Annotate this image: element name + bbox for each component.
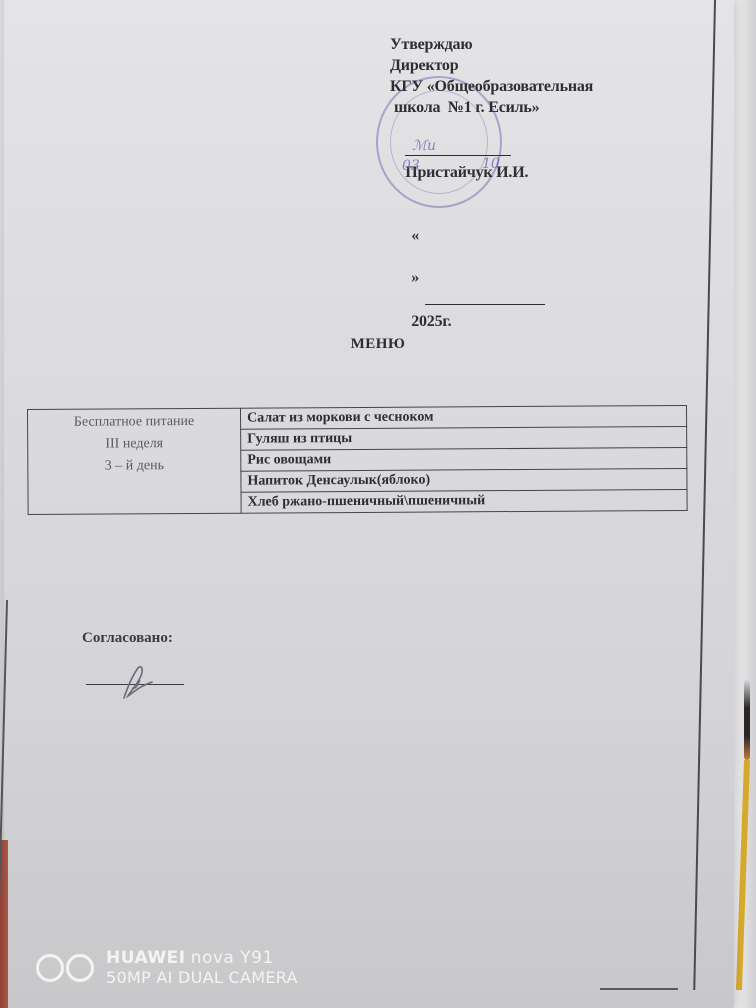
approval-signature-row: Пристайчук И.И. bbox=[390, 118, 593, 204]
approval-date-row: « » 2025г. bbox=[390, 204, 593, 353]
watermark-title: HUAWEI nova Y91 bbox=[106, 948, 298, 968]
watermark-subtitle: 50MP AI DUAL CAMERA bbox=[106, 968, 298, 988]
approval-organization: КГУ «Общеобразовательная bbox=[390, 76, 593, 97]
handwritten-signature-icon bbox=[118, 662, 158, 702]
watermark-brand: HUAWEI bbox=[106, 948, 186, 968]
menu-item: Салат из моркови с чесноком bbox=[240, 405, 686, 429]
approval-heading: Утверждаю bbox=[390, 34, 593, 55]
approval-block: Утверждаю Директор КГУ «Общеобразователь… bbox=[390, 34, 593, 353]
menu-day: 3 – й день bbox=[34, 455, 234, 478]
date-quote-close: » bbox=[411, 269, 419, 286]
date-month-blank bbox=[425, 288, 545, 305]
page-title: МЕНЮ bbox=[0, 336, 756, 353]
background-object-dark bbox=[744, 680, 750, 760]
menu-week: III неделя bbox=[34, 433, 234, 456]
signature-blank bbox=[405, 139, 511, 156]
watermark-model: nova Y91 bbox=[191, 948, 274, 968]
approval-year: 2025г. bbox=[411, 313, 451, 330]
camera-watermark: HUAWEI nova Y91 50MP AI DUAL CAMERA bbox=[36, 948, 298, 988]
menu-item: Хлеб ржано-пшеничный\пшеничный bbox=[241, 489, 687, 513]
menu-program: Бесплатное питание bbox=[34, 411, 234, 434]
menu-item: Рис овощами bbox=[241, 447, 687, 471]
agreed-label: Согласовано: bbox=[82, 630, 173, 647]
background-object-red bbox=[0, 840, 8, 1008]
approval-signatory: Пристайчук И.И. bbox=[405, 164, 528, 181]
menu-item: Гуляш из птицы bbox=[241, 426, 687, 450]
frame-line-bottom bbox=[600, 988, 678, 990]
menu-meta-cell: Бесплатное питание III неделя 3 – й день bbox=[28, 408, 242, 514]
approval-organization-cont: школа №1 г. Есиль» bbox=[390, 97, 593, 118]
approval-position: Директор bbox=[390, 55, 593, 76]
menu-table: Бесплатное питание III неделя 3 – й день… bbox=[27, 405, 688, 515]
date-quote-open: « bbox=[411, 227, 419, 244]
menu-item: Напиток Денсаулык(яблоко) bbox=[241, 468, 687, 492]
dual-camera-icon bbox=[36, 954, 96, 982]
